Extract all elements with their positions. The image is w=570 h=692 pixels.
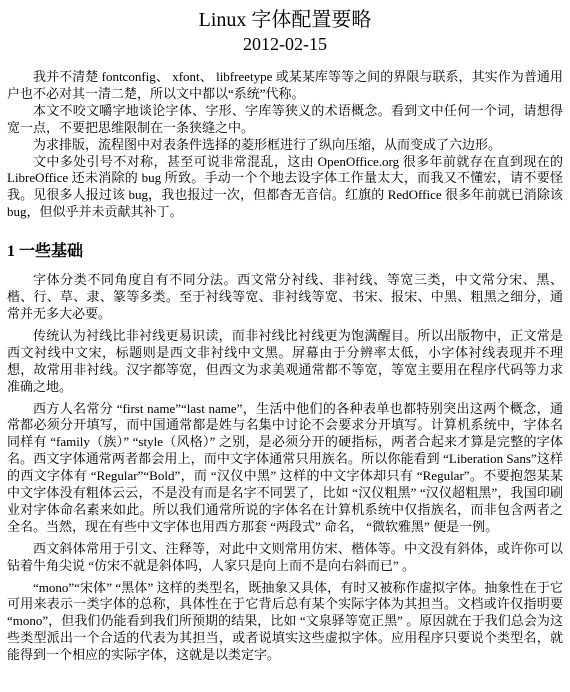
- intro-paragraph-1: 我并不清楚 fontconfig、 xfont、 libfreetype 或某某…: [7, 69, 563, 103]
- intro-paragraph-2: 本文不咬文嚼字地谈论字体、字形、字库等狭义的术语概念。看到文中任何一个词，请想得…: [7, 103, 563, 137]
- section-1-paragraph-2: 传统认为衬线比非衬线更易识读，而非衬线比衬线更为饱满醒目。所以出版物中，正文常是…: [7, 328, 563, 396]
- document-date: 2012-02-15: [7, 33, 563, 55]
- intro-paragraph-3: 为求排版，流程图中对表条件选择的菱形框进行了纵向压缩，从而变成了六边形。: [7, 137, 563, 154]
- section-1-paragraph-5: “mono”“宋体” “黑体” 这样的类型名，既抽象又具体，有时又被称作虚拟字体…: [7, 580, 563, 665]
- section-1-heading: 1 一些基础: [7, 242, 563, 262]
- section-1-paragraph-3: 西方人名常分 “first name”“last name”，生活中他们的各种表…: [7, 401, 563, 536]
- intro-block: 我并不清楚 fontconfig、 xfont、 libfreetype 或某某…: [7, 69, 563, 221]
- document-page: Linux 字体配置要略 2012-02-15 我并不清楚 fontconfig…: [0, 0, 570, 692]
- section-1-paragraph-1: 字体分类不同角度自有不同分法。西文常分衬线、非衬线、等宽三类，中文常分宋、黑、楷…: [7, 272, 563, 323]
- section-1-paragraph-4: 西文斜体常用于引文、注释等，对此中文则常用仿宋、楷体等。中文没有斜体，或许你可以…: [7, 541, 563, 575]
- section-1: 1 一些基础 字体分类不同角度自有不同分法。西文常分衬线、非衬线、等宽三类，中文…: [7, 242, 563, 664]
- intro-paragraph-4: 文中多处引号不对称，甚至可说非常混乱，这由 OpenOffice.org 很多年…: [7, 154, 563, 222]
- document-title: Linux 字体配置要略: [7, 8, 563, 33]
